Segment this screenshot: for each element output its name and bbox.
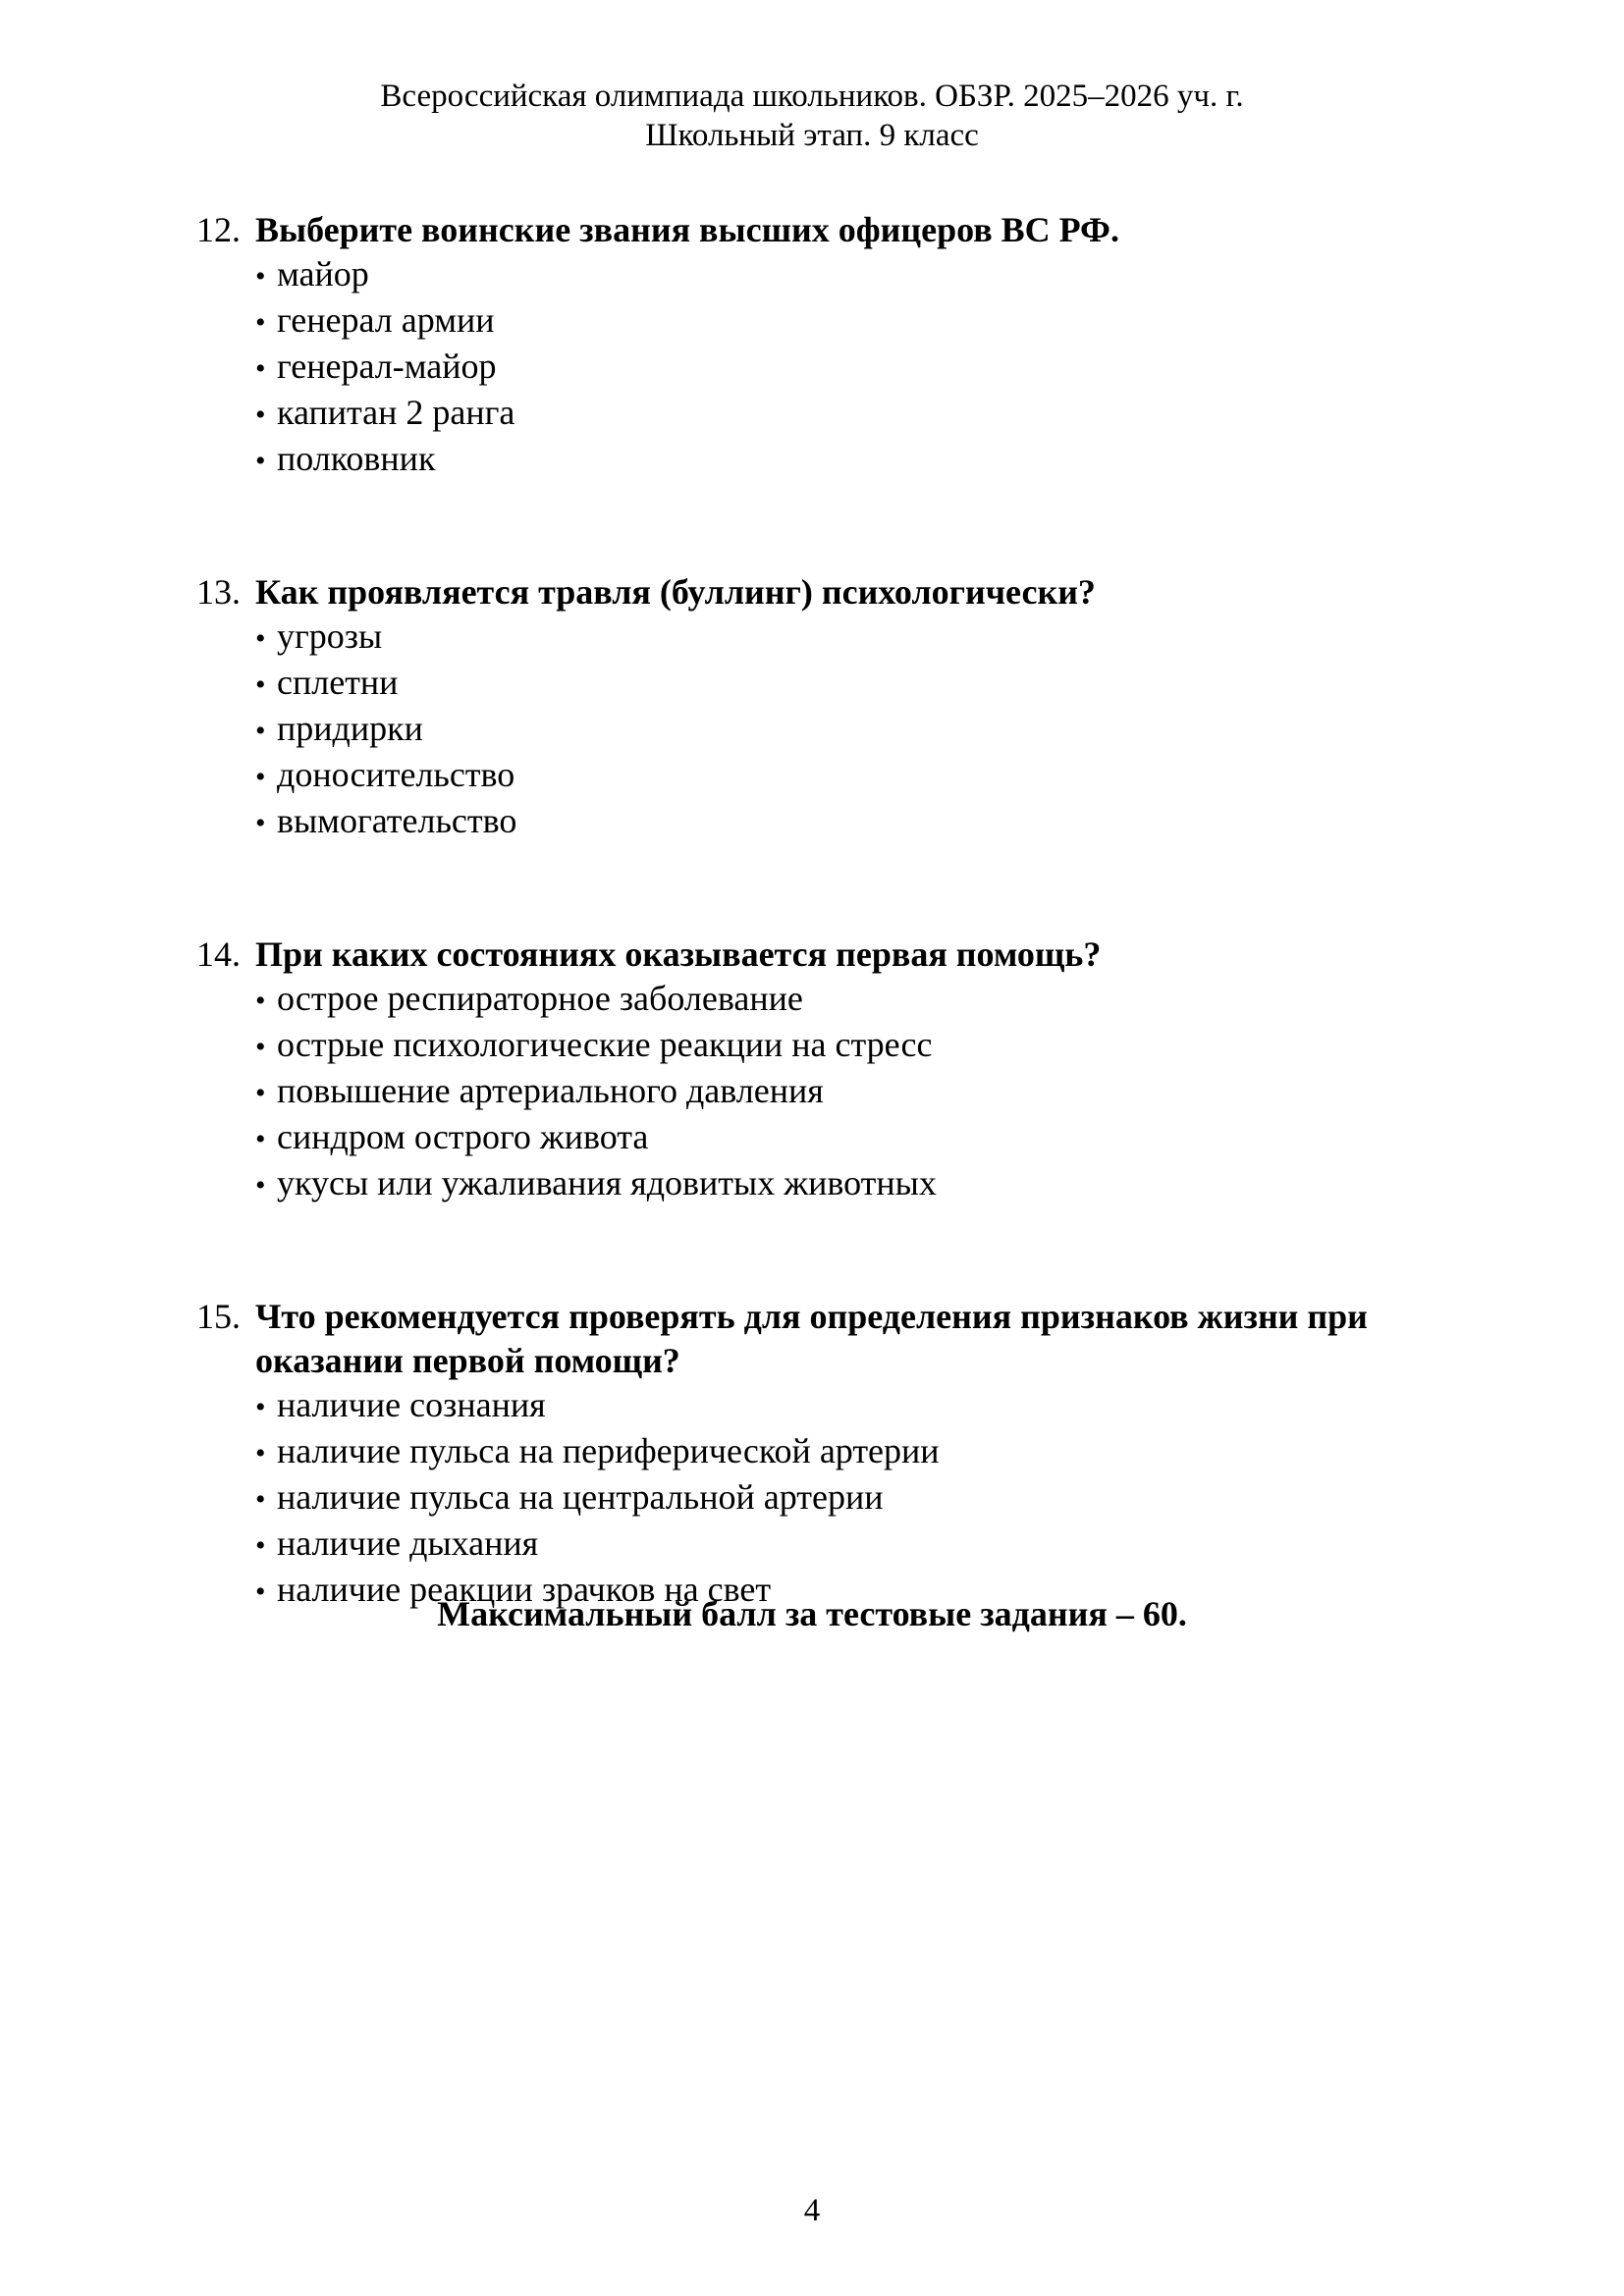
question-number: 14. (196, 933, 241, 977)
option-item: генерал-майор (255, 345, 1434, 391)
option-item: синдром острого живота (255, 1115, 1434, 1161)
question-title: 15. Что рекомендуется проверять для опре… (196, 1295, 1434, 1383)
question-title: 13. Как проявляется травля (буллинг) пси… (196, 570, 1434, 614)
option-list: острое респираторное заболевание острые … (196, 977, 1434, 1207)
option-list: угрозы сплетни придирки доносительство в… (196, 614, 1434, 845)
question-text: Выберите воинские звания высших офицеров… (255, 210, 1119, 249)
option-item: наличие сознания (255, 1383, 1434, 1429)
option-item: укусы или ужаливания ядовитых животных (255, 1161, 1434, 1207)
option-item: придирки (255, 707, 1434, 753)
page-header: Всероссийская олимпиада школьников. ОБЗР… (0, 77, 1624, 155)
option-item: полковник (255, 437, 1434, 483)
option-list: майор генерал армии генерал-майор капита… (196, 252, 1434, 483)
option-item: доносительство (255, 753, 1434, 799)
question-12: 12. Выберите воинские звания высших офиц… (196, 208, 1434, 483)
option-item: острые психологические реакции на стресс (255, 1023, 1434, 1069)
option-item: наличие пульса на центральной артерии (255, 1475, 1434, 1522)
question-text: Как проявляется травля (буллинг) психоло… (255, 572, 1096, 612)
option-item: сплетни (255, 661, 1434, 707)
question-number: 15. (196, 1295, 241, 1339)
option-item: наличие дыхания (255, 1522, 1434, 1568)
page-number: 4 (0, 2191, 1624, 2230)
max-score-note: Максимальный балл за тестовые задания – … (0, 1592, 1624, 1636)
option-item: угрозы (255, 614, 1434, 661)
question-13: 13. Как проявляется травля (буллинг) пси… (196, 570, 1434, 845)
header-stage-grade: Школьный этап. 9 класс (0, 116, 1624, 155)
header-olympiad-title: Всероссийская олимпиада школьников. ОБЗР… (0, 77, 1624, 116)
option-item: капитан 2 ранга (255, 391, 1434, 437)
question-text: Что рекомендуется проверять для определе… (255, 1297, 1368, 1380)
option-item: вымогательство (255, 799, 1434, 845)
option-item: повышение артериального давления (255, 1069, 1434, 1115)
question-title: 14. При каких состояниях оказывается пер… (196, 933, 1434, 977)
question-14: 14. При каких состояниях оказывается пер… (196, 933, 1434, 1207)
question-text: При каких состояниях оказывается первая … (255, 934, 1101, 974)
question-number: 12. (196, 208, 241, 252)
option-item: генерал армии (255, 298, 1434, 345)
option-item: майор (255, 252, 1434, 298)
option-item: наличие пульса на периферической артерии (255, 1429, 1434, 1475)
question-number: 13. (196, 570, 241, 614)
question-list: 12. Выберите воинские звания высших офиц… (196, 208, 1434, 1614)
option-list: наличие сознания наличие пульса на периф… (196, 1383, 1434, 1614)
option-item: острое респираторное заболевание (255, 977, 1434, 1023)
question-title: 12. Выберите воинские звания высших офиц… (196, 208, 1434, 252)
question-15: 15. Что рекомендуется проверять для опре… (196, 1295, 1434, 1614)
